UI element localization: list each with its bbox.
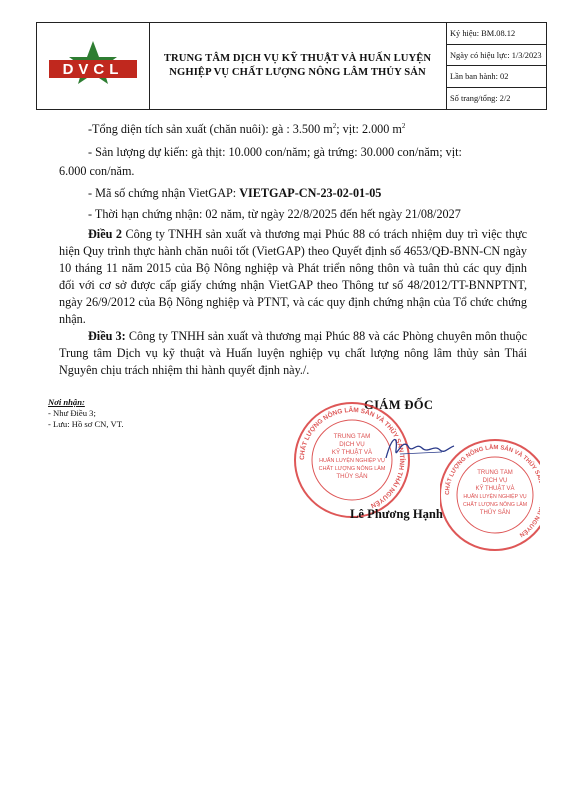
svg-text:HUẤN LUYỆN NGHIỆP VỤ: HUẤN LUYỆN NGHIỆP VỤ bbox=[319, 456, 385, 464]
document-header: DVCL TRUNG TÂM DỊCH VỤ KỸ THUẬT VÀ HUẤN … bbox=[36, 22, 547, 110]
recipients-label: Nơi nhận: bbox=[48, 397, 123, 408]
svg-text:HUẤN LUYỆN NGHIỆP VỤ: HUẤN LUYỆN NGHIỆP VỤ bbox=[463, 492, 527, 500]
article-3-label: Điều 3: bbox=[88, 329, 126, 343]
svg-text:DVCL: DVCL bbox=[63, 61, 124, 78]
svg-text:THỦY SẢN: THỦY SẢN bbox=[336, 473, 367, 480]
expected-output-line-1: - Sản lượng dự kiến: gà thịt: 10.000 con… bbox=[88, 144, 462, 161]
header-logo-cell: DVCL bbox=[37, 23, 150, 109]
dvcl-logo-icon: DVCL bbox=[47, 41, 139, 93]
svg-text:TRUNG TÂM: TRUNG TÂM bbox=[477, 469, 513, 476]
meta-effective-date: Ngày có hiệu lực: 1/3/2023 bbox=[446, 45, 546, 67]
svg-text:DỊCH VỤ: DỊCH VỤ bbox=[339, 441, 364, 448]
certificate-code-value: VIETGAP-CN-23-02-01-05 bbox=[239, 186, 381, 200]
meta-code: Ký hiệu: BM.08.12 bbox=[446, 23, 546, 45]
article-2-label: Điều 2 bbox=[88, 227, 122, 241]
svg-text:THỦY SẢN: THỦY SẢN bbox=[480, 509, 510, 516]
certificate-validity: - Thời hạn chứng nhận: 02 năm, từ ngày 2… bbox=[88, 206, 461, 223]
meta-edition: Lần ban hành: 02 bbox=[446, 66, 546, 88]
meta-page-count: Số trang/tổng: 2/2 bbox=[446, 88, 546, 110]
svg-text:CHẤT LƯỢNG NÔNG LÂM: CHẤT LƯỢNG NÔNG LÂM bbox=[463, 501, 527, 508]
svg-text:KỸ THUẬT VÀ: KỸ THUẬT VÀ bbox=[332, 449, 373, 456]
recipient-item: - Lưu: Hồ sơ CN, VT. bbox=[48, 419, 123, 430]
certificate-code: - Mã số chứng nhận VietGAP: VIETGAP-CN-2… bbox=[88, 185, 381, 202]
production-area: -Tổng diện tích sản xuất (chăn nuôi): gà… bbox=[88, 121, 405, 138]
svg-text:CHẤT LƯỢNG NÔNG LÂM: CHẤT LƯỢNG NÔNG LÂM bbox=[319, 465, 386, 472]
document-meta: Ký hiệu: BM.08.12 Ngày có hiệu lực: 1/3/… bbox=[446, 23, 546, 109]
svg-text:DỊCH VỤ: DỊCH VỤ bbox=[483, 478, 508, 484]
organization-name: TRUNG TÂM DỊCH VỤ KỸ THUẬT VÀ HUẤN LUYỆN… bbox=[149, 23, 447, 109]
svg-text:KỸ THUẬT VÀ: KỸ THUẬT VÀ bbox=[475, 485, 514, 492]
signer-name: Lê Phương Hạnh bbox=[350, 507, 443, 522]
expected-output-line-2: 6.000 con/năm. bbox=[59, 163, 134, 180]
organization-name-text: TRUNG TÂM DỊCH VỤ KỸ THUẬT VÀ HUẤN LUYỆN… bbox=[149, 52, 446, 80]
article-3: Điều 3: Công ty TNHH sản xuất và thương … bbox=[59, 328, 527, 379]
edge-stamp-icon: CHẤT LƯỢNG NÔNG LÂM SẢN VÀ THỦY SẢN TỈNH… bbox=[440, 430, 540, 560]
recipient-item: - Như Điều 3; bbox=[48, 408, 123, 419]
svg-text:TRUNG TÂM: TRUNG TÂM bbox=[334, 433, 371, 440]
recipients: Nơi nhận: - Như Điều 3; - Lưu: Hồ sơ CN,… bbox=[48, 397, 123, 430]
article-2: Điều 2 Công ty TNHH sản xuất và thương m… bbox=[59, 226, 527, 328]
